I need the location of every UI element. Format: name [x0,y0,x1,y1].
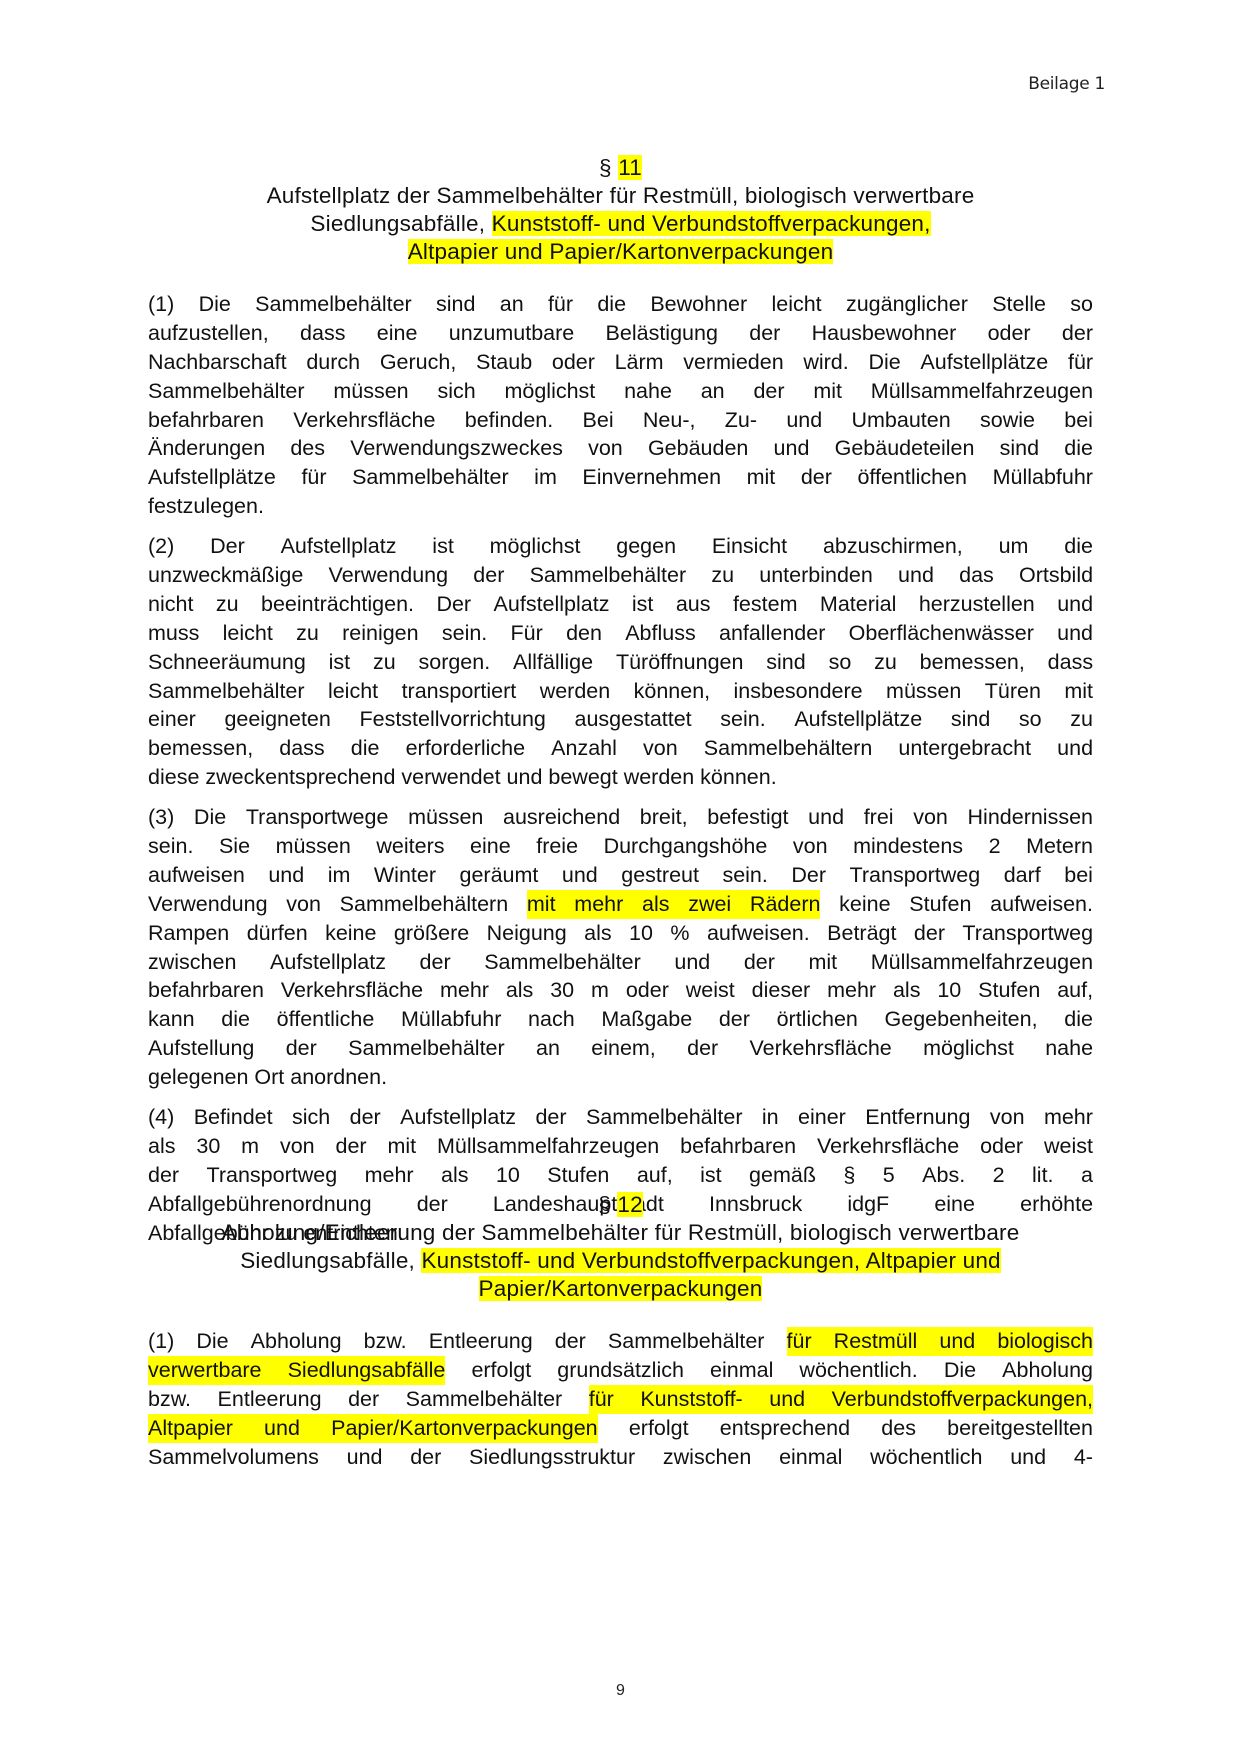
word: Der [436,590,471,619]
word-gap [678,734,704,763]
word: Transportweg [962,919,1093,948]
word-gap [872,734,898,763]
word: als [893,976,920,1005]
word-gap [516,677,539,706]
word: von [286,890,321,919]
word-gap [742,1103,761,1132]
title-line: Siedlungsabfälle, Kunststoff- und Verbun… [148,210,1093,238]
word: wird. [803,348,848,377]
word: Gebäudeteilen [835,434,975,463]
word-gap [653,590,675,619]
word-gap [553,406,582,435]
word-gap [710,677,733,706]
text-line: unzweckmäßigeVerwendungderSammelbehälter… [148,561,1093,590]
word-gap [686,561,711,590]
word: Sammelbehälter [348,1034,505,1063]
word: der [749,319,780,348]
word-gap [179,1161,206,1190]
text-line: bemessen,dassdieerforderlicheAnzahlvonSa… [148,734,1093,763]
word-gap [810,976,827,1005]
word-gap [785,377,814,406]
word: geräumt [460,861,539,890]
word-gap [264,406,293,435]
word-gap [837,948,871,977]
word-gap [308,919,325,948]
word: wöchentlich. [799,1356,917,1385]
text-line: ÄnderungendesVerwendungszweckesvonGebäud… [148,434,1093,463]
word: als [584,919,611,948]
highlighted-word: und [264,1414,300,1443]
page-number: 9 [0,1682,1241,1700]
word: aufzustellen, [148,319,269,348]
word-gap [609,976,626,1005]
word-gap [560,1034,591,1063]
word: zu [216,590,239,619]
word-gap [842,377,871,406]
word: dürfen [247,919,308,948]
word: Nachbarschaft [148,348,287,377]
word-gap [725,377,754,406]
word-gap [764,1327,786,1356]
word-gap [810,919,827,948]
word-gap [718,319,749,348]
word-gap [448,561,473,590]
word-gap [961,677,984,706]
word: aufweisen. [707,919,810,948]
word: und [898,561,934,590]
word-gap [1014,1034,1045,1063]
word-gap [822,290,846,319]
word: reinigen [342,619,419,648]
word: bei [1064,406,1093,435]
text-line: (4)BefindetsichderAufstellplatzderSammel… [148,1103,1093,1132]
word: 10 [629,919,653,948]
word: sorgen. [418,648,490,677]
word: Hindernissen [968,803,1093,832]
word: mit [813,377,842,406]
word: Aufstellplatz [494,590,610,619]
word: § [843,1161,855,1190]
word: mit [747,463,776,492]
word-gap [916,1414,947,1443]
word: unterbinden [759,561,873,590]
word: Müllabfuhr [401,1005,501,1034]
word: Sammelbehälter [586,1103,743,1132]
word: einer [798,1103,846,1132]
section-heading: § 12Abholung/Entleerung der Sammelbehält… [148,1191,1093,1303]
word: Türen [985,677,1041,706]
word: von [913,803,948,832]
word-gap [623,890,642,919]
word: möglichst [504,377,595,406]
section-body: (1)DieAbholungbzw.EntleerungderSammelbeh… [148,1327,1093,1471]
word: m [241,1132,259,1161]
word: zu [711,561,734,590]
word: oder [988,319,1031,348]
word-gap [722,1161,749,1190]
highlighted-text: Altpapier und Papier/Kartonverpackungen [408,239,834,264]
word: untergebracht [898,734,1031,763]
word-gap [595,348,615,377]
word-gap [305,377,334,406]
text-line: befahrbarenVerkehrsflächebefinden.BeiNeu… [148,406,1093,435]
highlighted-word: als [642,890,669,919]
word-gap [524,290,548,319]
word: Aufstellplatz [270,948,386,977]
word-gap [735,976,752,1005]
word: Zu- [725,406,757,435]
word: von [793,832,828,861]
word: bei [1064,861,1093,890]
word-gap [287,348,307,377]
word: Stufen [978,976,1040,1005]
word: geeigneten [224,705,330,734]
text-line: kanndieöffentlicheMüllabfuhrnachMaßgabed… [148,1005,1093,1034]
word-gap [617,734,643,763]
word-gap [253,734,279,763]
word: Verkehrsfläche [281,976,423,1005]
word: 30 [196,1132,220,1161]
word: Sammelbehälter [352,463,509,492]
word-gap [612,919,629,948]
word-gap [672,377,701,406]
word-gap [747,290,771,319]
word-gap [322,1385,349,1414]
word: Ortsbild [1019,561,1093,590]
word-gap [532,348,552,377]
word-gap [956,319,987,348]
word-gap [317,1034,348,1063]
highlighted-text: Kunststoff- und Verbundstoffverpackungen… [492,211,931,236]
word-gap [690,919,707,948]
word: ist [329,648,351,677]
section-title: Aufstellplatz der Sammelbehälter für Res… [148,182,1093,266]
word-gap [330,1103,349,1132]
word-gap [731,890,750,919]
word: in [762,1103,779,1132]
word-gap [220,1132,241,1161]
word-gap [573,290,597,319]
word-gap [556,890,575,919]
word: Sammelvolumens [148,1443,319,1472]
word-gap [826,861,850,890]
text-line: bzw.EntleerungderSammelbehälterfürKunsts… [148,1385,1093,1414]
word: oder [980,1132,1023,1161]
word: Aufstellplatz [400,1103,516,1132]
word-gap [531,1356,557,1385]
word-gap [892,1034,923,1063]
word: bereitgestellten [947,1414,1093,1443]
word-gap [557,463,583,492]
word: m [591,976,609,1005]
word-gap [948,803,968,832]
word: 30 [550,976,574,1005]
word-gap [490,648,513,677]
word: befahrbaren [680,1132,796,1161]
word-gap [748,434,773,463]
text-segment: festzulegen. [148,494,264,518]
text-segment: Siedlungsabfälle, [240,1248,421,1273]
word: der [914,919,945,948]
word: einmal [779,1443,842,1472]
word-gap [721,463,747,492]
word-gap [688,803,708,832]
text-segment: diese zweckentsprechend verwendet und be… [148,765,777,789]
word-gap [350,648,373,677]
word-gap [191,1385,218,1414]
word: mit [387,1132,416,1161]
word-gap [567,919,584,948]
word-gap [718,1034,749,1063]
word: und [674,948,710,977]
word: weiters [376,832,444,861]
word: insbesondere [734,677,863,706]
word-gap [602,619,625,648]
word-gap [692,1005,719,1034]
word-gap [516,1103,535,1132]
word-gap [610,677,633,706]
word: und [1057,590,1093,619]
word: zwischen [148,948,236,977]
word: auf, [1057,976,1093,1005]
word: keine [325,919,376,948]
word: Müllsammelfahrzeugen [871,948,1093,977]
word-gap [250,1005,277,1034]
word: zu [874,648,897,677]
text-line: als30mvondermitMüllsammelfahrzeugenbefah… [148,1132,1093,1161]
word-gap [1001,832,1027,861]
word-gap [659,1132,680,1161]
word: möglichst [923,1034,1014,1063]
word: Die [868,348,900,377]
highlighted-word: Verbundstoffverpackungen, [832,1385,1093,1414]
word-gap [504,561,529,590]
word-gap [327,463,353,492]
word: sowie [980,406,1035,435]
section-number: § 11 [148,154,1093,182]
word: Verwendungszweckes [350,434,563,463]
word: 2 [993,1161,1005,1190]
word: Verkehrsfläche [750,1034,892,1063]
word-gap [233,1414,264,1443]
word: bemessen, [148,734,253,763]
word-gap [780,319,811,348]
text-line: VerwendungvonSammelbehälternmitmehralszw… [148,890,1093,919]
text-line: (2)DerAufstellplatzistmöglichstgegenEins… [148,532,1093,561]
word-gap [669,976,686,1005]
word-gap [1031,734,1057,763]
word: bzw. [148,1385,191,1414]
word: der [336,1132,367,1161]
word-gap [968,290,992,319]
word: für [301,463,326,492]
word: 2 [989,832,1001,861]
word-gap [855,1161,882,1190]
word: Umbauten [852,406,951,435]
word-gap [891,890,910,919]
word: Anzahl [551,734,617,763]
word: nicht [148,590,193,619]
word: Abholung [251,1327,342,1356]
word: müssen [276,832,351,861]
word: Änderungen [148,434,265,463]
word-gap [787,532,823,561]
word: Sammelbehälter [406,1385,563,1414]
word: nahe [624,377,672,406]
word-gap [174,1103,193,1132]
word-gap [922,705,951,734]
word: zu [296,619,319,648]
word-gap [226,803,246,832]
word-gap [641,948,675,977]
paragraph-symbol: § [598,1192,617,1217]
word: der [148,1161,179,1190]
word: vermieden [683,348,783,377]
word: Geruch, [380,348,456,377]
word: von [643,734,678,763]
word-gap [1040,976,1057,1005]
word-gap [236,948,270,977]
word: können, [634,677,711,706]
word-gap [876,976,893,1005]
word-gap [306,648,329,677]
word-gap [934,561,959,590]
word: Einvernehmen [582,463,721,492]
word: Winter [374,861,436,890]
word-gap [511,832,537,861]
text-line: befahrbarenVerkehrsflächemehrals30moderw… [148,976,1093,1005]
word: leicht [328,677,378,706]
word-gap [1046,290,1070,319]
word: mehr [827,976,876,1005]
word: keine [839,890,890,919]
word: die [597,290,626,319]
word-gap [768,861,792,890]
word-gap [832,463,858,492]
word: öffentliche [277,1005,375,1034]
word-gap [1038,1005,1065,1034]
word: Metern [1026,832,1093,861]
word: Lärm [615,348,664,377]
text-line: (1)DieAbholungbzw.EntleerungderSammelbeh… [148,1327,1093,1356]
word-gap [1023,1132,1044,1161]
word-gap [1028,532,1064,561]
word: mit [809,948,838,977]
word: festem [733,590,798,619]
word: zwischen [663,1443,751,1472]
word-gap [546,705,575,734]
word: der [744,948,775,977]
word-gap [656,1034,687,1063]
word-gap [509,463,535,492]
word-gap [379,734,405,763]
word: befahrbaren [148,406,264,435]
word: Müllabfuhr [993,463,1093,492]
word-gap [276,463,302,492]
word-gap [407,1327,429,1356]
word: Transportweg [207,1161,338,1190]
word-gap [1035,590,1057,619]
section-12: § 12Abholung/Entleerung der Sammelbehält… [148,1191,1093,1482]
word: erfolgt [471,1356,531,1385]
word-gap [710,948,744,977]
word-gap [417,319,448,348]
word-gap [265,434,290,463]
word-gap [750,1005,777,1034]
word: Sammelbehälter [530,561,687,590]
word-gap [825,619,848,648]
word-gap [321,890,340,919]
word: sein. [722,861,767,890]
text-line: Sammelbehälterleichttransportiertwerdenk… [148,677,1093,706]
word-gap [414,590,436,619]
highlighted-word: für [589,1385,614,1414]
word: 5 [883,1161,895,1190]
word-gap [538,861,562,890]
word-gap [381,1103,400,1132]
word-gap [976,1356,1002,1385]
word-gap [1035,406,1064,435]
text-line: einergeeignetenFeststellvorrichtungausge… [148,705,1093,734]
word: der [719,1005,750,1034]
word-gap [543,619,566,648]
word: und [808,803,844,832]
word-gap [174,290,198,319]
word: öffentlichen [857,463,967,492]
word-gap [635,1443,663,1472]
title-line: Papier/Kartonverpackungen [148,1275,1093,1303]
word: Abfluss [625,619,696,648]
word: ist [632,590,654,619]
word: der [350,1103,381,1132]
word-gap [797,590,819,619]
word-gap [269,319,300,348]
word-gap [828,832,854,861]
title-line: Abholung/Entleerung der Sammelbehälter f… [148,1219,1093,1247]
paragraph-1: (1)DieSammelbehältersindanfürdieBewohner… [148,290,1093,521]
word: befinden. [465,406,553,435]
word: zu [1070,705,1093,734]
word: befahrbaren [148,976,264,1005]
word: darf [1004,861,1041,890]
word-gap [262,1356,288,1385]
word-gap [896,590,918,619]
word-gap [863,677,886,706]
word: werden [540,677,611,706]
word-gap [951,406,980,435]
word-gap [303,561,328,590]
word: Entfernung [865,1103,970,1132]
text-line: RampendürfenkeinegrößereNeigungals10%auf… [148,919,1093,948]
word-gap [812,1327,834,1356]
word: (3) [148,803,174,832]
word: Sie [219,832,250,861]
word: Allfällige [513,648,593,677]
word-gap [743,1385,770,1414]
word: und [268,861,304,890]
highlighted-text: Kunststoff- und Verbundstoffverpackungen… [421,1248,1000,1273]
word-gap [451,948,485,977]
word-gap [342,1327,364,1356]
highlighted-word: verwertbare [148,1356,262,1385]
word-gap [325,434,350,463]
word: Aufstellplatz [281,532,397,561]
word-gap [250,832,276,861]
word-gap [175,1132,196,1161]
word: Aufstellung [148,1034,254,1063]
highlighted-word: Restmüll [834,1327,918,1356]
word-gap [842,1443,870,1472]
